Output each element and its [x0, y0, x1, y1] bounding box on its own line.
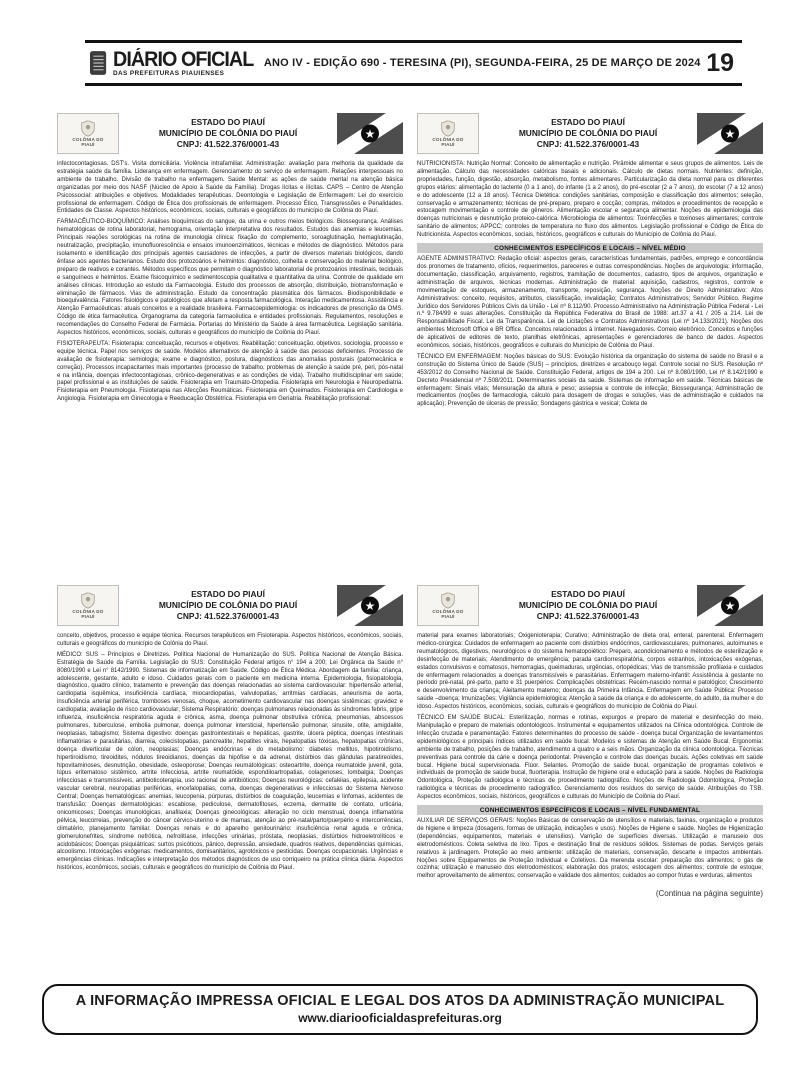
scroll-logo-icon	[90, 49, 107, 77]
municipality-name: MUNICÍPIO DE COLÔNIA DO PIAUÍ	[159, 600, 297, 611]
footer-website-url: www.diariooficialdasprefeituras.org	[54, 1011, 746, 1025]
body-paragraph: FARMACÊUTICO-BIOQUÍMICO: Análises bioquí…	[57, 219, 403, 338]
state-name: ESTADO DO PIAUÍ	[159, 589, 297, 600]
municipality-flag-icon: ★	[697, 585, 763, 626]
municipality-logo-caption: COLÔNIA DO PIAUÍ	[428, 609, 468, 620]
municipality-cnpj: CNPJ: 41.522.376/0001-43	[519, 611, 657, 622]
municipality-crest-icon	[81, 120, 95, 137]
body-paragraph: NUTRICIONISTA: Nutrição Normal: Conceito…	[417, 161, 763, 240]
svg-text:★: ★	[725, 599, 736, 613]
continuation-note: (Continua na página seguinte)	[417, 889, 763, 898]
brand-title: DIÁRIO OFICIAL	[113, 49, 253, 70]
municipality-logo-caption: COLÔNIA DO PIAUÍ	[428, 137, 468, 148]
municipality-title: ESTADO DO PIAUÍ MUNICÍPIO DE COLÔNIA DO …	[519, 117, 657, 150]
municipality-cnpj: CNPJ: 41.522.376/0001-43	[159, 611, 297, 622]
state-name: ESTADO DO PIAUÍ	[519, 589, 657, 600]
brand-subtitle: DAS PREFEITURAS PIAUIENSES	[113, 71, 262, 77]
municipality-title: ESTADO DO PIAUÍ MUNICÍPIO DE COLÔNIA DO …	[159, 589, 297, 622]
gazette-brand: DIÁRIO OFICIAL DAS PREFEITURAS PIAUIENSE…	[85, 49, 262, 77]
municipality-block-1: COLÔNIA DO PIAUÍ ESTADO DO PIAUÍ MUNICÍP…	[57, 113, 403, 585]
svg-text:★: ★	[725, 127, 736, 141]
municipality-header: COLÔNIA DO PIAUÍ ESTADO DO PIAUÍ MUNICÍP…	[57, 113, 403, 154]
municipality-block-3: COLÔNIA DO PIAUÍ ESTADO DO PIAUÍ MUNICÍP…	[57, 585, 403, 898]
footer-legal-text: A INFORMAÇÃO IMPRESSA OFICIAL E LEGAL DO…	[54, 993, 746, 1009]
state-name: ESTADO DO PIAUÍ	[519, 117, 657, 128]
municipality-logo-caption: COLÔNIA DO PIAUÍ	[68, 137, 108, 148]
svg-text:★: ★	[365, 599, 376, 613]
municipality-block-2: COLÔNIA DO PIAUÍ ESTADO DO PIAUÍ MUNICÍP…	[417, 113, 763, 585]
body-paragraph: FISIOTERAPEUTA: Fisioterapia: conceituaç…	[57, 341, 403, 404]
municipality-header: COLÔNIA DO PIAUÍ ESTADO DO PIAUÍ MUNICÍP…	[57, 585, 403, 626]
municipality-name: MUNICÍPIO DE COLÔNIA DO PIAUÍ	[519, 600, 657, 611]
municipality-title: ESTADO DO PIAUÍ MUNICÍPIO DE COLÔNIA DO …	[159, 117, 297, 150]
body-paragraph: AGENTE ADMINISTRATIVO: Redação oficial: …	[417, 256, 763, 351]
body-paragraph: material para exames laboratoriais; Oxig…	[417, 633, 763, 712]
municipality-header: COLÔNIA DO PIAUÍ ESTADO DO PIAUÍ MUNICÍP…	[417, 113, 763, 154]
block-body: material para exames laboratoriais; Oxig…	[417, 633, 763, 898]
body-paragraph: conceito, objetivos, processo e equipe t…	[57, 633, 403, 649]
block-body: infectocontagiosas. DST's. Visita domici…	[57, 161, 403, 404]
municipality-flag-icon: ★	[337, 113, 403, 154]
gazette-page: { "header": { "brand_title": "DIÁRIO OFI…	[0, 0, 800, 1066]
body-paragraph: TÉCNICO EM ENFERMAGEM: Noções básicas do…	[417, 354, 763, 409]
section-header-nivel-medio: CONHECIMENTOS ESPECÍFICOS E LOCAIS – NÍV…	[417, 243, 763, 253]
body-paragraph: AUXILIAR DE SERVIÇOS GERAIS: Noções Bási…	[417, 818, 763, 881]
municipality-logo: COLÔNIA DO PIAUÍ	[57, 113, 119, 154]
municipality-crest-icon	[441, 120, 455, 137]
svg-text:★: ★	[365, 127, 376, 141]
gazette-header: DIÁRIO OFICIAL DAS PREFEITURAS PIAUIENSE…	[85, 40, 742, 86]
municipality-crest-icon	[81, 592, 95, 609]
body-paragraph: infectocontagiosas. DST's. Visita domici…	[57, 161, 403, 216]
municipality-cnpj: CNPJ: 41.522.376/0001-43	[159, 139, 297, 150]
municipality-name: MUNICÍPIO DE COLÔNIA DO PIAUÍ	[519, 128, 657, 139]
municipality-header: COLÔNIA DO PIAUÍ ESTADO DO PIAUÍ MUNICÍP…	[417, 585, 763, 626]
municipality-crest-icon	[441, 592, 455, 609]
municipality-logo-caption: COLÔNIA DO PIAUÍ	[68, 609, 108, 620]
page-number: 19	[702, 49, 742, 78]
municipality-flag-icon: ★	[337, 585, 403, 626]
municipality-logo: COLÔNIA DO PIAUÍ	[417, 113, 479, 154]
body-paragraph: MÉDICO: SUS – Princípios e Diretrizes. P…	[57, 652, 403, 873]
page-content: COLÔNIA DO PIAUÍ ESTADO DO PIAUÍ MUNICÍP…	[57, 113, 763, 898]
municipality-logo: COLÔNIA DO PIAUÍ	[57, 585, 119, 626]
block-body: conceito, objetivos, processo e equipe t…	[57, 633, 403, 873]
municipality-cnpj: CNPJ: 41.522.376/0001-43	[519, 139, 657, 150]
municipality-block-4: COLÔNIA DO PIAUÍ ESTADO DO PIAUÍ MUNICÍP…	[417, 585, 763, 898]
municipality-title: ESTADO DO PIAUÍ MUNICÍPIO DE COLÔNIA DO …	[519, 589, 657, 622]
state-name: ESTADO DO PIAUÍ	[159, 117, 297, 128]
footer-legal-box: A INFORMAÇÃO IMPRESSA OFICIAL E LEGAL DO…	[42, 984, 758, 1035]
municipality-flag-icon: ★	[697, 113, 763, 154]
edition-line: ANO IV - EDIÇÃO 690 - TERESINA (PI), SEG…	[262, 57, 702, 69]
block-body: NUTRICIONISTA: Nutrição Normal: Conceito…	[417, 161, 763, 409]
body-paragraph: TÉCNICO EM SAÚDE BUCAL: Esterilização, n…	[417, 715, 763, 802]
section-header-nivel-fundamental: CONHECIMENTOS ESPECÍFICOS E LOCAIS – NÍV…	[417, 805, 763, 815]
municipality-logo: COLÔNIA DO PIAUÍ	[417, 585, 479, 626]
municipality-name: MUNICÍPIO DE COLÔNIA DO PIAUÍ	[159, 128, 297, 139]
